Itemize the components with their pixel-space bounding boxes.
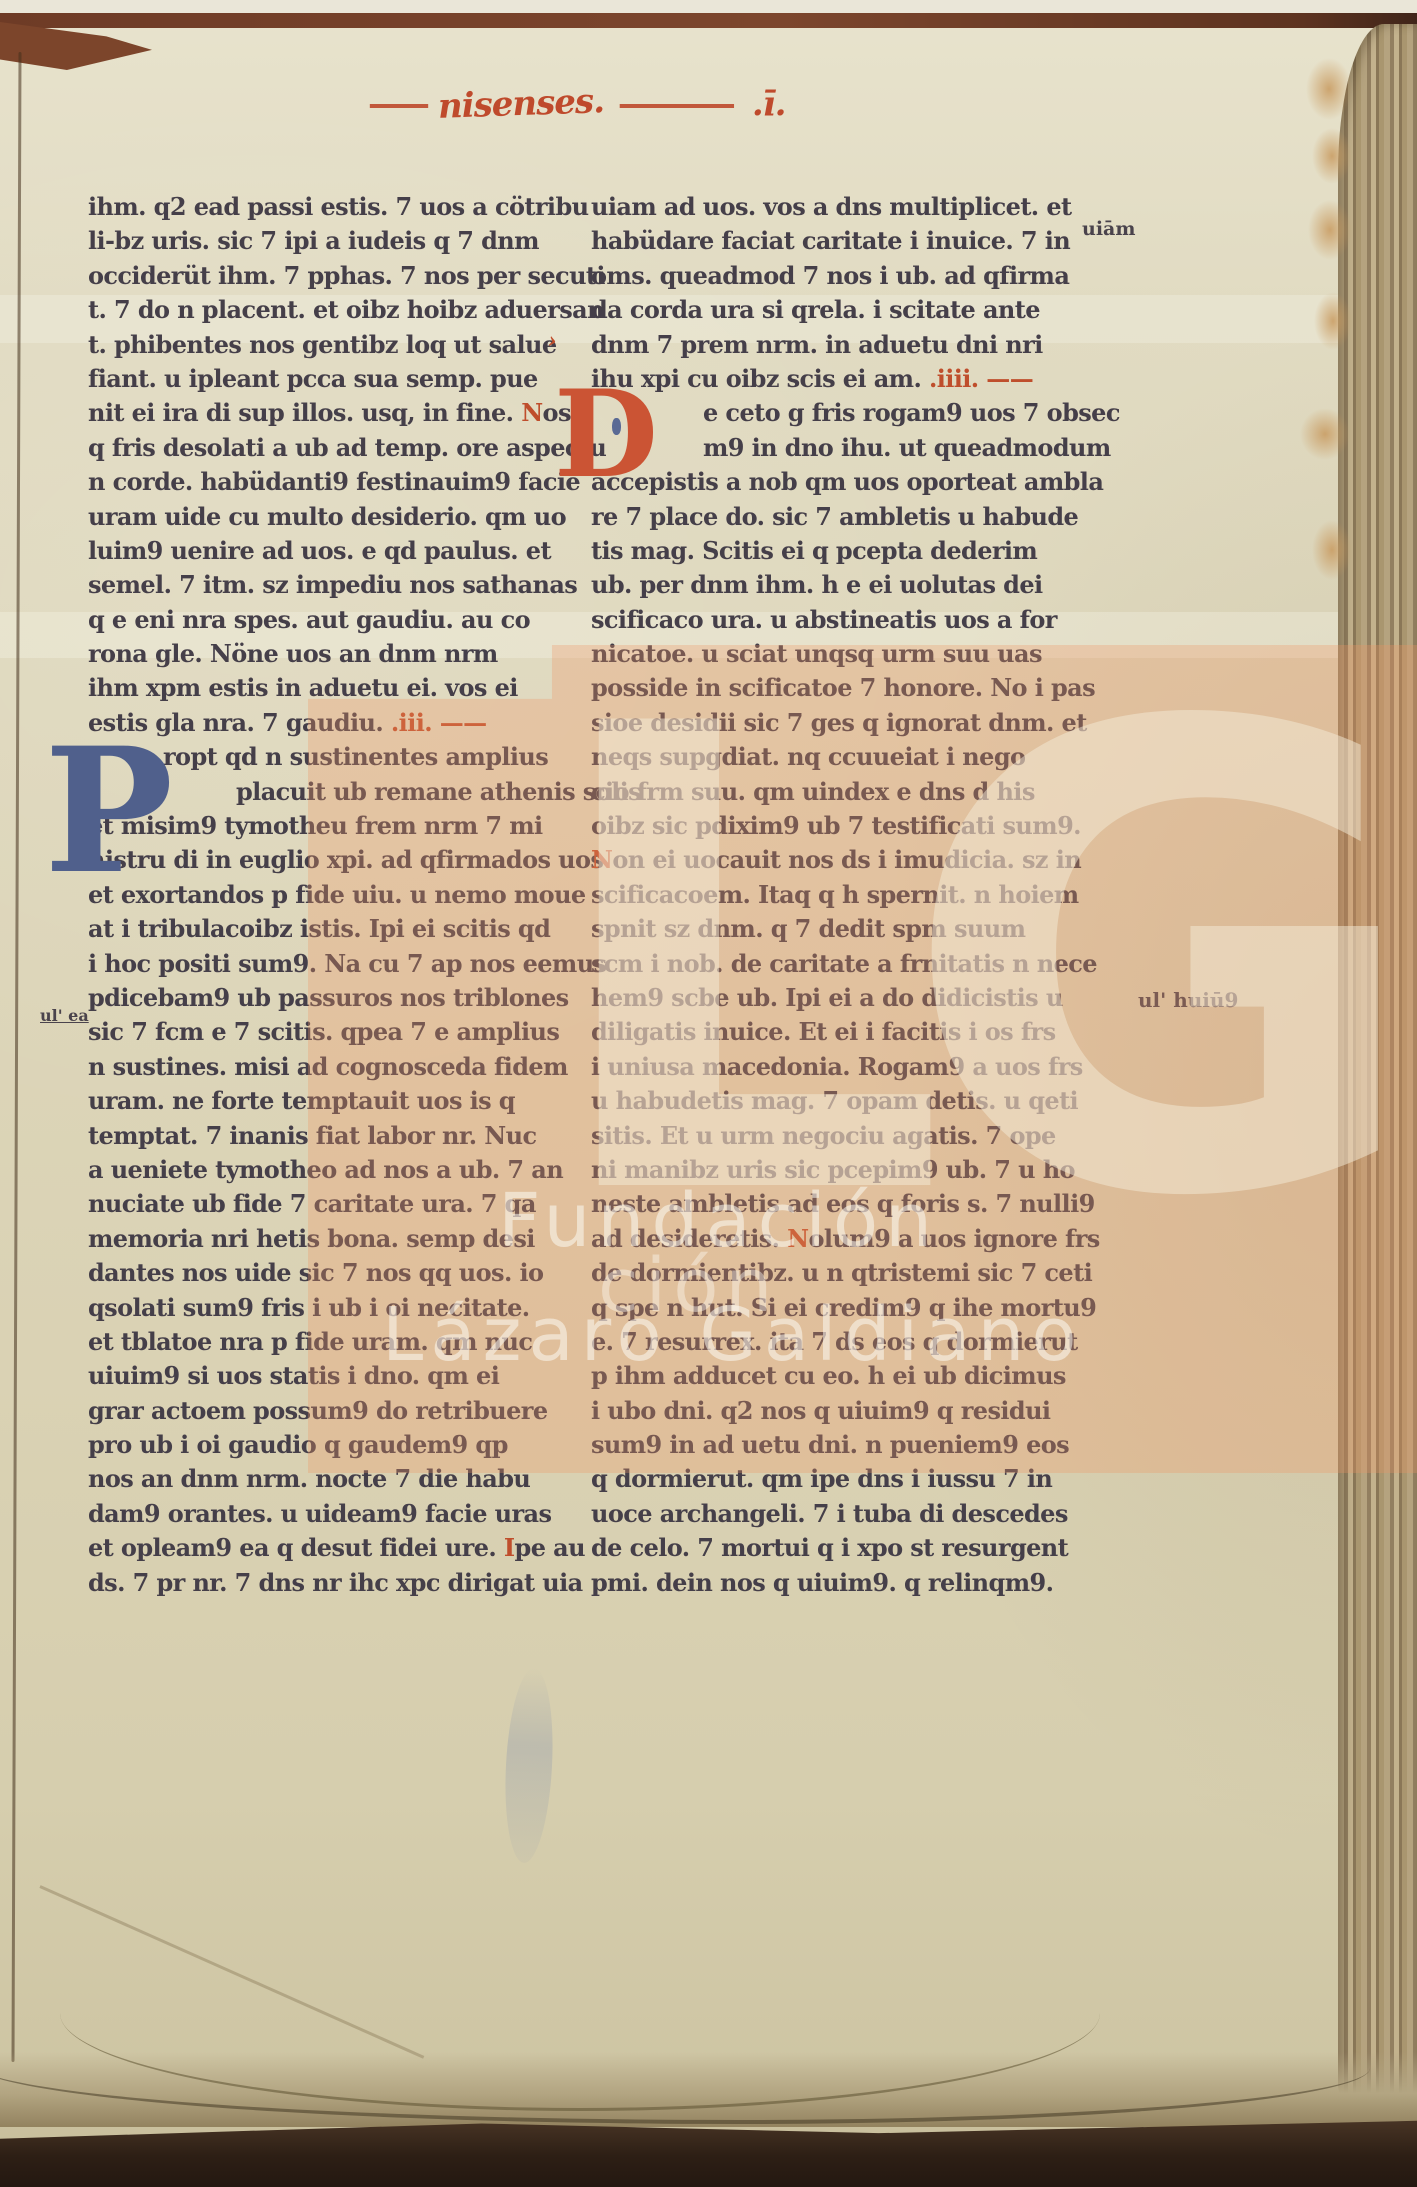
- manuscript-text-line: t. phibentes nos gentibz loq ut salue: [88, 328, 560, 362]
- edge-stain: [1308, 200, 1352, 260]
- manuscript-photo: —— nisenses. ———— .ī. ihm. q2 ead passi …: [0, 0, 1417, 2187]
- book-top-edge: [0, 13, 1417, 28]
- manuscript-text-line: fiant. u ipleant pcca sua semp. pue: [88, 362, 560, 396]
- manuscript-text-line: semel. 7 itm. sz impediu nos sathanas: [88, 568, 560, 602]
- manuscript-text-line: et opleam9 ea q desut fidei ure. Ipe au: [88, 1531, 560, 1565]
- manuscript-text-line: rona gle. Nöne uos an dnm nrm: [88, 637, 560, 671]
- manuscript-text-line: dam9 orantes. u uideam9 facie uras: [88, 1497, 560, 1531]
- watermark-text: Lázaro Galdiano: [382, 1292, 1084, 1378]
- illuminated-initial-d: D: [554, 384, 658, 486]
- manuscript-text-line: ds. 7 pr nr. 7 dns nr ihc xpc dirigat ui…: [88, 1566, 560, 1600]
- folio-mark: .ī.: [752, 84, 786, 124]
- marginal-gloss-vel-ea: ul' ea: [40, 1006, 89, 1025]
- manuscript-text-line: da corda ura si qrela. i scitate ante: [591, 293, 1083, 327]
- manuscript-text-line: ihm. q2 ead passi estis. 7 uos a cötribu: [88, 190, 560, 224]
- page-left-edge: [11, 52, 21, 2062]
- scan-top-margin: [0, 0, 1417, 14]
- edge-stain: [1300, 408, 1350, 460]
- manuscript-text-line: de celo. 7 mortui q i xpo st resurgent: [591, 1531, 1083, 1565]
- watermark-monogram: LG: [540, 660, 1377, 1268]
- manuscript-text-line: accepistis a nob qm uos oporteat ambla: [591, 465, 1083, 499]
- running-header: —— nisenses. ———— .ī.: [368, 84, 828, 124]
- manuscript-text-line: occiderüt ihm. 7 pphas. 7 nos per secuti: [88, 259, 560, 293]
- manuscript-text-line: q fris desolati a ub ad temp. ore aspect…: [88, 431, 560, 465]
- ink-show-through: [501, 1667, 557, 1864]
- edge-stain: [1306, 58, 1352, 120]
- edge-stain: [1314, 292, 1352, 350]
- manuscript-text-line: m9 in dno ihu. ut queadmodum: [591, 431, 1083, 465]
- manuscript-text-line: habüdare faciat caritate i inuice. 7 in: [591, 224, 1083, 258]
- manuscript-text-line: uram uide cu multo desiderio. qm uo: [88, 500, 560, 534]
- running-title: nisenses.: [437, 81, 604, 127]
- manuscript-text-line: tis mag. Scitis ei q pcepta dederim: [591, 534, 1083, 568]
- manuscript-text-line: li-bz uris. sic 7 ipi a iudeis q 7 dnm: [88, 224, 560, 258]
- manuscript-text-line: dnm 7 prem nrm. in aduetu dni nri: [591, 328, 1083, 362]
- book-bottom-edge: [0, 2118, 1417, 2187]
- manuscript-text-line: nit ei ira di sup illos. usq, in fine. N…: [88, 396, 560, 430]
- manuscript-text-line: uiam ad uos. vos a dns multiplicet. et: [591, 190, 1083, 224]
- manuscript-text-line: ihu xpi cu oibz scis ei am. .iiii. ——: [591, 362, 1083, 396]
- header-flourish-left: ——: [368, 84, 424, 124]
- manuscript-text-line: t. 7 do n placent. et oibz hoibz aduersa…: [88, 293, 560, 327]
- manuscript-text-line: e ceto g fris rogam9 uos 7 obsec: [591, 396, 1083, 430]
- manuscript-text-line: n corde. habüdanti9 festinauim9 facie: [88, 465, 560, 499]
- binding-corner: [0, 22, 152, 70]
- manuscript-text-line: uoce archangeli. 7 i tuba di descedes: [591, 1497, 1083, 1531]
- illuminated-initial-p: P: [44, 742, 173, 880]
- edge-stain: [1312, 520, 1352, 580]
- initial-d-filigree: [612, 418, 621, 435]
- manuscript-text-line: oms. queadmod 7 nos i ub. ad qfirma: [591, 259, 1083, 293]
- manuscript-text-line: q e eni nra spes. aut gaudiu. au co: [88, 603, 560, 637]
- manuscript-text-line: re 7 place do. sic 7 ambletis u habude: [591, 500, 1083, 534]
- marginal-gloss-viam: uiām: [1082, 218, 1135, 240]
- manuscript-text-line: luim9 uenire ad uos. e qd paulus. et: [88, 534, 560, 568]
- manuscript-text-line: pmi. dein nos q uiuim9. q relinqm9.: [591, 1566, 1083, 1600]
- header-flourish-right: ————: [618, 84, 730, 124]
- edge-stain: [1312, 128, 1352, 184]
